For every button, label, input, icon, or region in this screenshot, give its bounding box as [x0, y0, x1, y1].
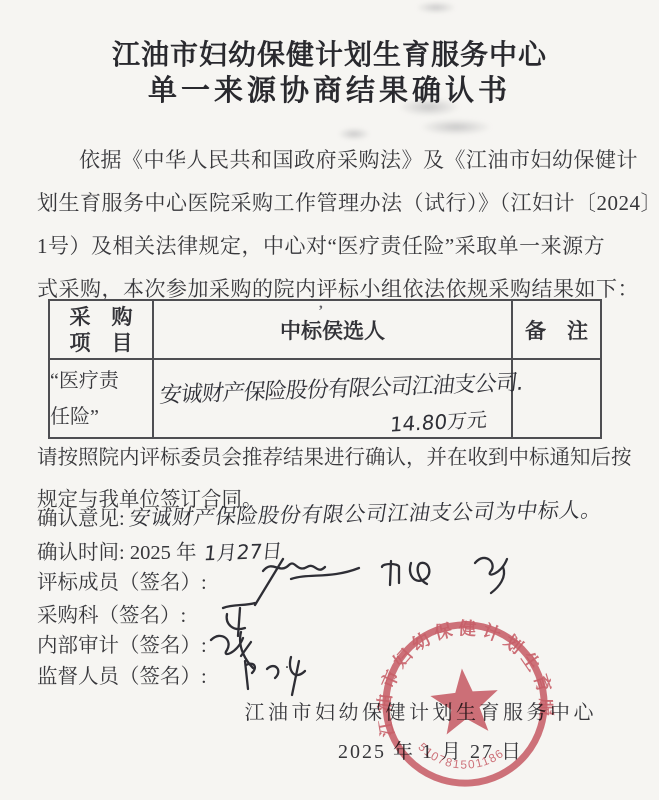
stray-ink-mark: ’ — [318, 303, 323, 320]
cell-winning-candidate: 安诚财产保险股份有限公司江油支公司. 14.80万元 — [153, 359, 512, 438]
header-candidate-label: 中标侯选人 — [280, 319, 385, 343]
evaluator-signature-3 — [465, 547, 519, 599]
confirm-time-line: 确认时间: 2025 年1月27日 — [37, 536, 283, 568]
item-line1: “医疗责 — [50, 363, 152, 399]
item-line2: 任险” — [50, 399, 152, 435]
cell-procurement-item: “医疗责 任险” — [49, 359, 153, 438]
document-title-line1: 江油市妇幼保健计划生育服务中心 — [0, 33, 659, 73]
ink-smudge — [416, 2, 456, 13]
seal-star-icon — [428, 666, 501, 736]
table-data-row: “医疗责 任险” 安诚财产保险股份有限公司江油支公司. 14.80万元 — [49, 359, 601, 438]
procurement-dept-line: 采购科（签名）: — [37, 600, 186, 632]
intro-line: 依据《中华人民共和国政府采购法》及《江油市妇幼保健计 — [37, 139, 633, 182]
scanned-document-page: 江油市妇幼保健计划生育服务中心 单一来源协商结果确认书 依据《中华人民共和国政府… — [0, 0, 659, 800]
intro-line: 划生育服务中心医院采购工作管理办法（试行）》（江妇计〔2024〕 — [37, 182, 633, 225]
document-title-line2: 单一来源协商结果确认书 — [0, 68, 659, 109]
header-winning-candidate: ’ 中标侯选人 — [153, 300, 512, 359]
header-procurement-item: 采 购 项 目 — [49, 300, 153, 359]
table-header-row: 采 购 项 目 ’ 中标侯选人 备 注 — [49, 300, 601, 359]
audit-signature — [205, 624, 263, 674]
official-red-seal: 江油市妇幼保健计划生育服务中心 510781501186 — [370, 609, 561, 800]
header-remark: 备 注 — [512, 300, 601, 359]
svg-text:510781501186: 510781501186 — [415, 733, 508, 776]
stray-dot: . — [285, 648, 289, 680]
ink-smudge — [420, 119, 492, 135]
seal-serial-number: 510781501186 — [415, 733, 508, 776]
cell-remark — [512, 359, 601, 438]
internal-audit-label: 内部审计（签名）: — [37, 635, 207, 657]
header-item-line2: 项 目 — [50, 330, 152, 356]
procurement-signature — [215, 596, 265, 642]
procurement-dept-label: 采购科（签名）: — [37, 605, 186, 627]
evaluator-signature-2 — [377, 553, 439, 599]
confirm-line: 请按照院内评标委员会推荐结果进行确认，并在收到中标通知后按 — [37, 437, 633, 479]
supervisor-signature — [237, 651, 313, 701]
intro-line: 1号）及相关法律规定，中心对“医疗责任险”采取单一来源方 — [37, 225, 633, 268]
result-table: 采 购 项 目 ’ 中标侯选人 备 注 “医疗责 任险” 安诚财产保险股份有限公… — [48, 299, 602, 439]
supervisor-label: 监督人员（签名）: — [37, 666, 207, 688]
header-item-line1: 采 购 — [50, 304, 152, 330]
supervisor-line: 监督人员（签名）: — [37, 661, 207, 693]
intro-paragraph: 依据《中华人民共和国政府采购法》及《江油市妇幼保健计 划生育服务中心医院采购工作… — [37, 139, 633, 311]
handwritten-date: 1月27日 — [203, 535, 285, 570]
confirm-time-label: 确认时间: 2025 年 — [37, 542, 196, 564]
internal-audit-line: 内部审计（签名）: . — [37, 630, 207, 662]
handwritten-company-name: 安诚财产保险股份有限公司江油支公司. — [158, 366, 525, 410]
confirm-opinion-line: 确认意见:安诚财产保险股份有限公司江油支公司为中标人。 — [37, 502, 600, 534]
evaluators-label: 评标成员（签名）: — [37, 572, 207, 594]
evaluators-line: 评标成员（签名）: — [37, 567, 207, 599]
confirm-opinion-label: 确认意见: — [37, 508, 125, 530]
handwritten-amount: 14.80万元 — [389, 403, 488, 437]
